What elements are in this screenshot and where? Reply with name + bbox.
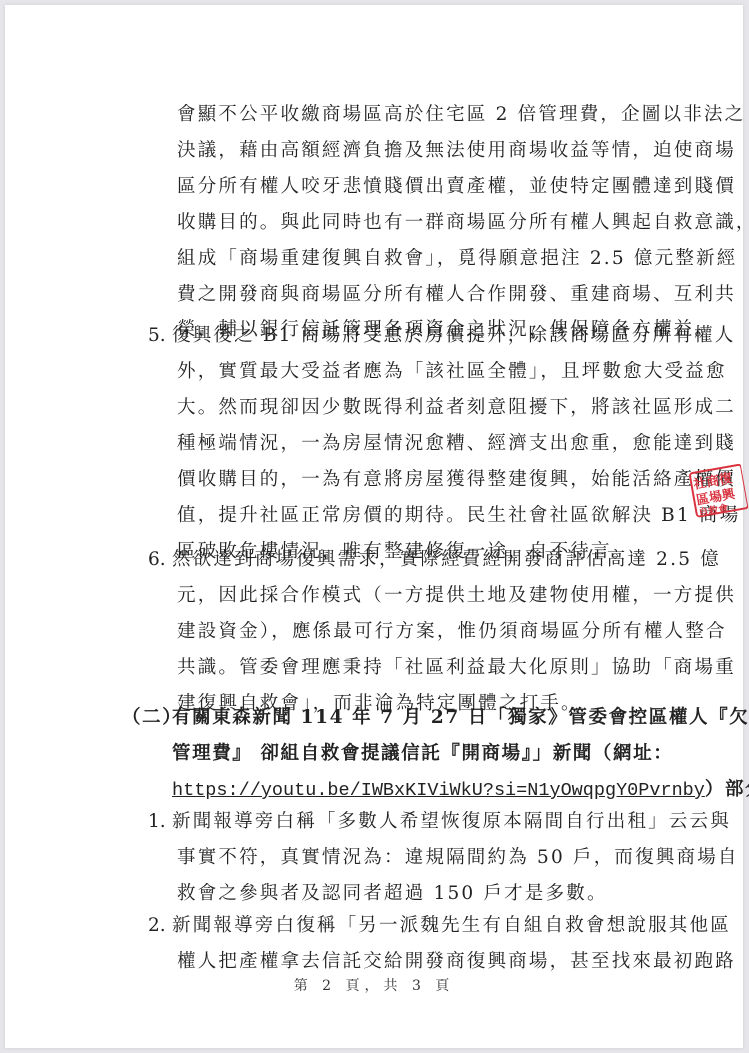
list-item-number: 6.	[148, 549, 166, 571]
section-heading-url-line: https://youtu.be/IWBxKIViWkU?si=N1yOwqpg…	[172, 779, 749, 801]
sub-item-line: 救會之參與者及認同者超過 150 戶才是多數。	[177, 883, 608, 905]
list-item-line: 共識。管委會理應秉持「社區利益最大化原則」協助「商場重	[177, 657, 736, 679]
list-item-number: 5.	[148, 325, 166, 347]
page-content: 會顯不公平收繳商場區高於住宅區 2 倍管理費，企圖以非法之 決議，藉由高額經濟負…	[5, 5, 743, 1048]
list-item-line: 價收購目的，一為有意將房屋獲得整建復興，始能活絡產權價	[177, 469, 736, 491]
section-heading-line: 有關東森新聞 114 年 7 月 27 日「獨家》管委會控區權人『欠	[172, 707, 749, 729]
list-item-line: 建設資金），應係最可行方案，惟仍須商場區分所有權人整合	[177, 621, 727, 643]
paragraph-line: 區分所有權人咬牙悲憤賤價出賣產權，並使特定團體達到賤價	[177, 176, 736, 198]
paragraph-line: 會顯不公平收繳商場區高於住宅區 2 倍管理費，企圖以非法之	[177, 104, 745, 126]
document-page: 會顯不公平收繳商場區高於住宅區 2 倍管理費，企圖以非法之 決議，藉由高額經濟負…	[5, 5, 743, 1048]
list-item-line: 大。然而現卻因少數既得利益者刻意阻擾下，將該社區形成二	[177, 397, 736, 419]
paragraph-line: 收購目的。與此同時也有一群商場區分所有權人興起自救意識，	[177, 212, 749, 234]
list-item-line: 值，提升社區正常房價的期待。民生社會社區欲解決 B1 商場	[177, 505, 740, 527]
paragraph-line: 組成「商場重建復興自救會」，覓得願意挹注 2.5 億元整新經	[177, 248, 737, 270]
sub-item-line: 新聞報導旁白稱「多數人希望恢復原本隔間自行出租」云云與	[172, 811, 731, 833]
paragraph-line: 費之開發商與商場區分所有權人合作開發、重建商場、互利共	[177, 284, 736, 306]
list-item-line: 外，實質最大受益者應為「該社區全體」，且坪數愈大受益愈	[177, 361, 727, 383]
list-item-line: 種極端情況，一為房屋情況愈糟、經濟支出愈重，愈能達到賤	[177, 433, 736, 455]
section-heading-line: 管理費』 卻組自救會提議信託『開商場』」新聞（網址：	[172, 743, 673, 765]
list-item-line: 元，因此採合作模式（一方提供土地及建物使用權，一方提供	[177, 585, 736, 607]
sub-item-number: 1.	[148, 811, 166, 833]
paragraph-line: 決議，藉由高額經濟負擔及無法使用商場收益等情，迫使商場	[177, 140, 736, 162]
news-url-link[interactable]: https://youtu.be/IWBxKIViWkU?si=N1yOwqpg…	[172, 780, 705, 801]
list-item-line: 然欲達到商場復興需求，實際經費經開發商評估高達 2.5 億	[172, 549, 721, 571]
list-item-line: 復興後之 B1 商場將受惠於房價提升，除該商場區分所有權人	[172, 325, 735, 347]
section-heading-suffix: ）部分：	[705, 779, 749, 800]
sub-item-line: 事實不符，真實情況為：違規隔間約為 50 戶，而復興商場自	[177, 847, 739, 869]
